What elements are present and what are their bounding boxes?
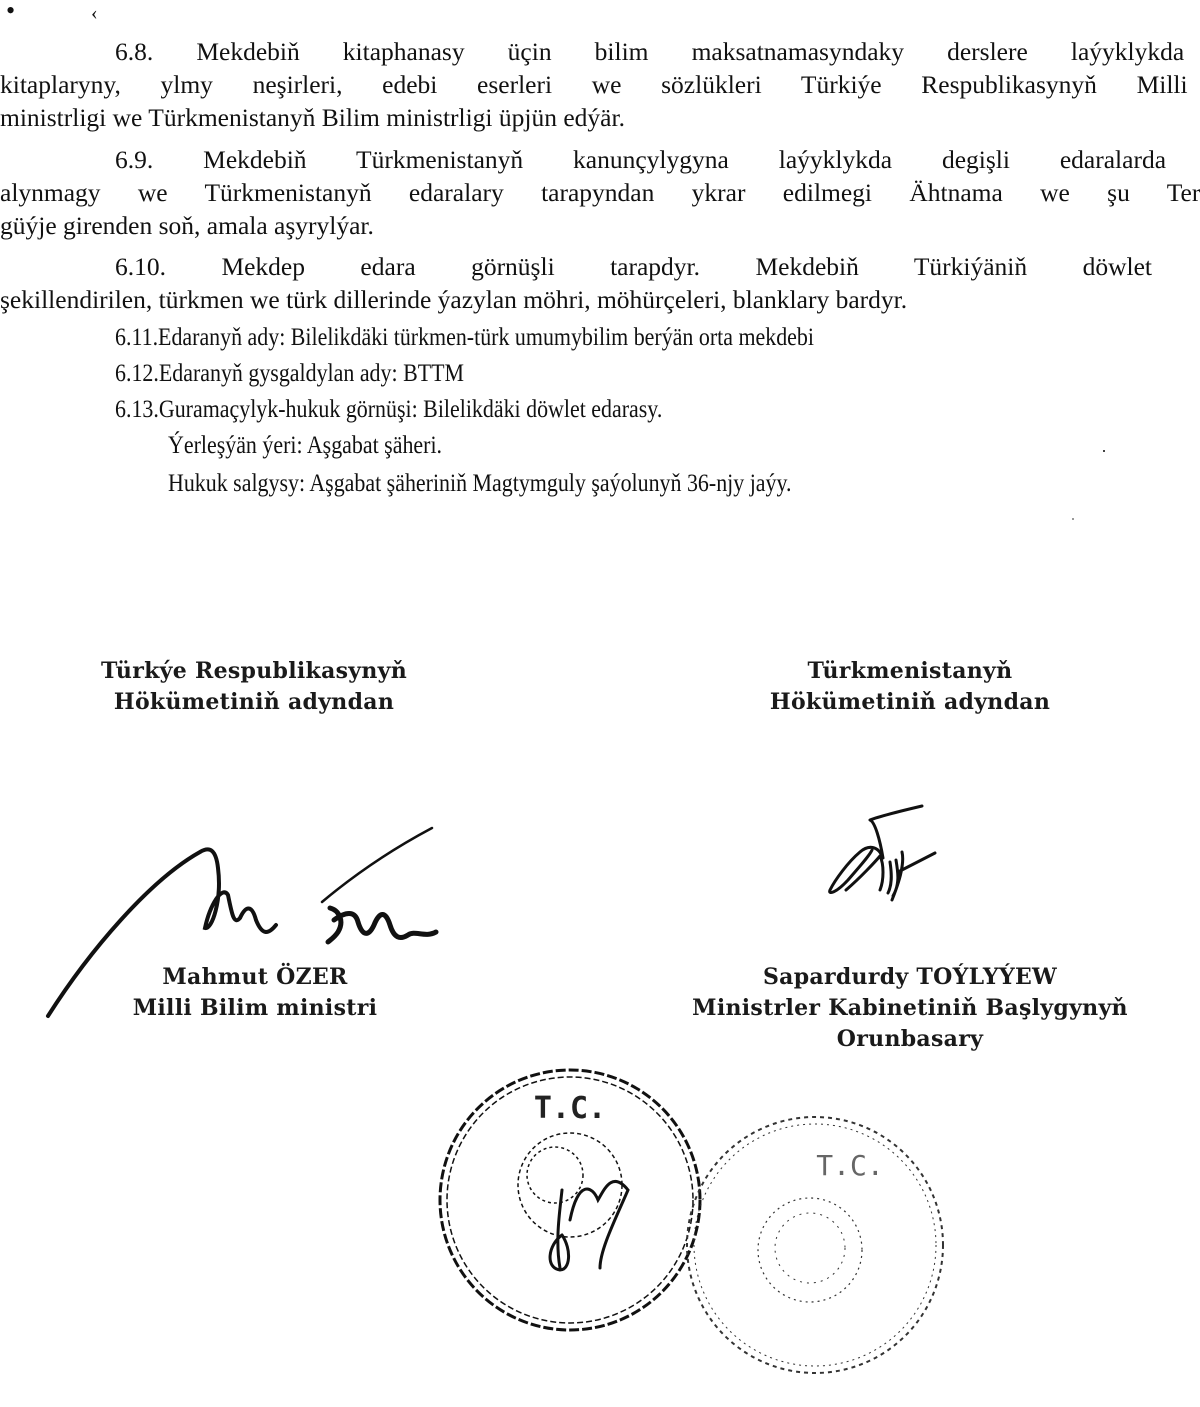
seal-text: T.C. <box>816 1149 883 1182</box>
right-seal: T.C. <box>0 0 1200 1407</box>
